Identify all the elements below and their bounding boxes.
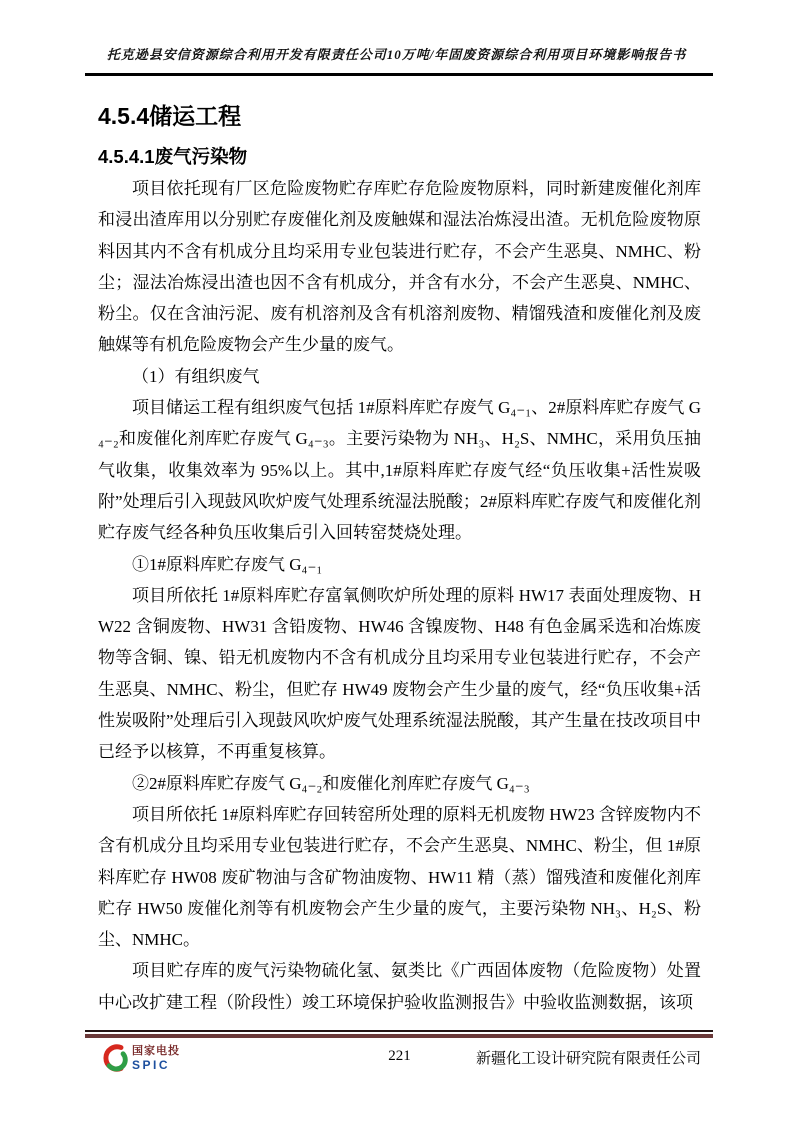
paragraph-warehouse1-gas: 项目所依托 1#原料库贮存富氧侧吹炉所处理的原料 HW17 表面处理废物、HW2… xyxy=(98,580,701,768)
paragraph-organized-gas: 项目储运工程有组织废气包括 1#原料库贮存废气 G₄₋₁、2#原料库贮存废气 G… xyxy=(98,392,701,548)
paragraph-warehouse2-gas: 项目所依托 1#原料库贮存回转窑所处理的原料无机废物 HW23 含锌废物内不含有… xyxy=(98,799,701,955)
report-page: 托克逊县安信资源综合利用开发有限责任公司10万吨/年固废资源综合利用项目环境影响… xyxy=(0,0,793,1122)
document-body: 4.5.4储运工程 4.5.4.1废气污染物 项目依托现有厂区危险废物贮存库贮存… xyxy=(98,98,701,1018)
header-rule xyxy=(85,73,713,76)
paragraph-monitoring-analogy: 项目贮存库的废气污染物硫化氢、氨类比《广西固体废物（危险废物）处置中心改扩建工程… xyxy=(98,955,701,1018)
item-heading-warehouse2-gas: ②2#原料库贮存废气 G₄₋₂和废催化剂库贮存废气 G₄₋₃ xyxy=(98,768,701,799)
page-footer: 国家电投 SPIC 221 新疆化工设计研究院有限责任公司 xyxy=(98,1042,701,1082)
footer-company-name: 新疆化工设计研究院有限责任公司 xyxy=(476,1047,701,1068)
running-header-title: 托克逊县安信资源综合利用开发有限责任公司10万吨/年固废资源综合利用项目环境影响… xyxy=(0,44,793,63)
subsection-heading: 4.5.4.1废气污染物 xyxy=(98,145,701,168)
item-heading-warehouse1-gas: ①1#原料库贮存废气 G₄₋₁ xyxy=(98,549,701,580)
footer-rule xyxy=(85,1030,713,1038)
list-heading-organized-gas: （1）有组织废气 xyxy=(98,361,701,392)
paragraph-intro: 项目依托现有厂区危险废物贮存库贮存危险废物原料，同时新建废催化剂库和浸出渣库用以… xyxy=(98,173,701,361)
section-heading: 4.5.4储运工程 xyxy=(98,102,701,130)
